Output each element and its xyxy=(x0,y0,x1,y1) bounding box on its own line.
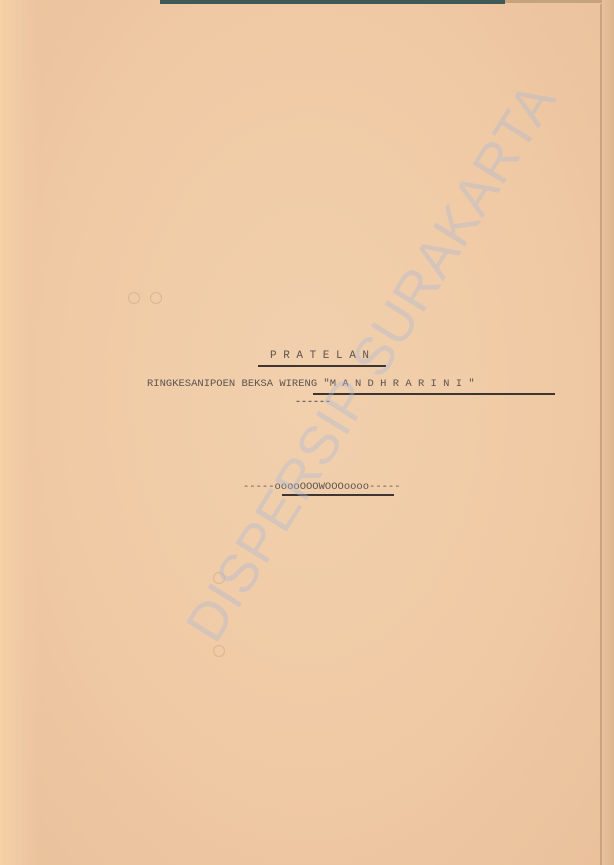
scanned-page: P R A T E L A N RINGKESANIPOEN BEKSA WIR… xyxy=(0,0,614,865)
page-edge-right xyxy=(600,4,602,865)
watermark: DISPERSIP SURAKARTA xyxy=(174,230,470,653)
document-subtitle: RINGKESANIPOEN BEKSA WIRENG "M A N D H R… xyxy=(147,378,475,390)
binding-strip xyxy=(160,0,505,4)
page-edge-right-shadow xyxy=(602,0,614,865)
paper-stain xyxy=(150,292,162,304)
paper-stain xyxy=(128,292,140,304)
subtitle-suffix: " xyxy=(462,378,475,390)
subtitle-prefix: RINGKESANIPOEN BEKSA WIRENG " xyxy=(147,378,330,390)
page-edge-top xyxy=(505,0,614,3)
